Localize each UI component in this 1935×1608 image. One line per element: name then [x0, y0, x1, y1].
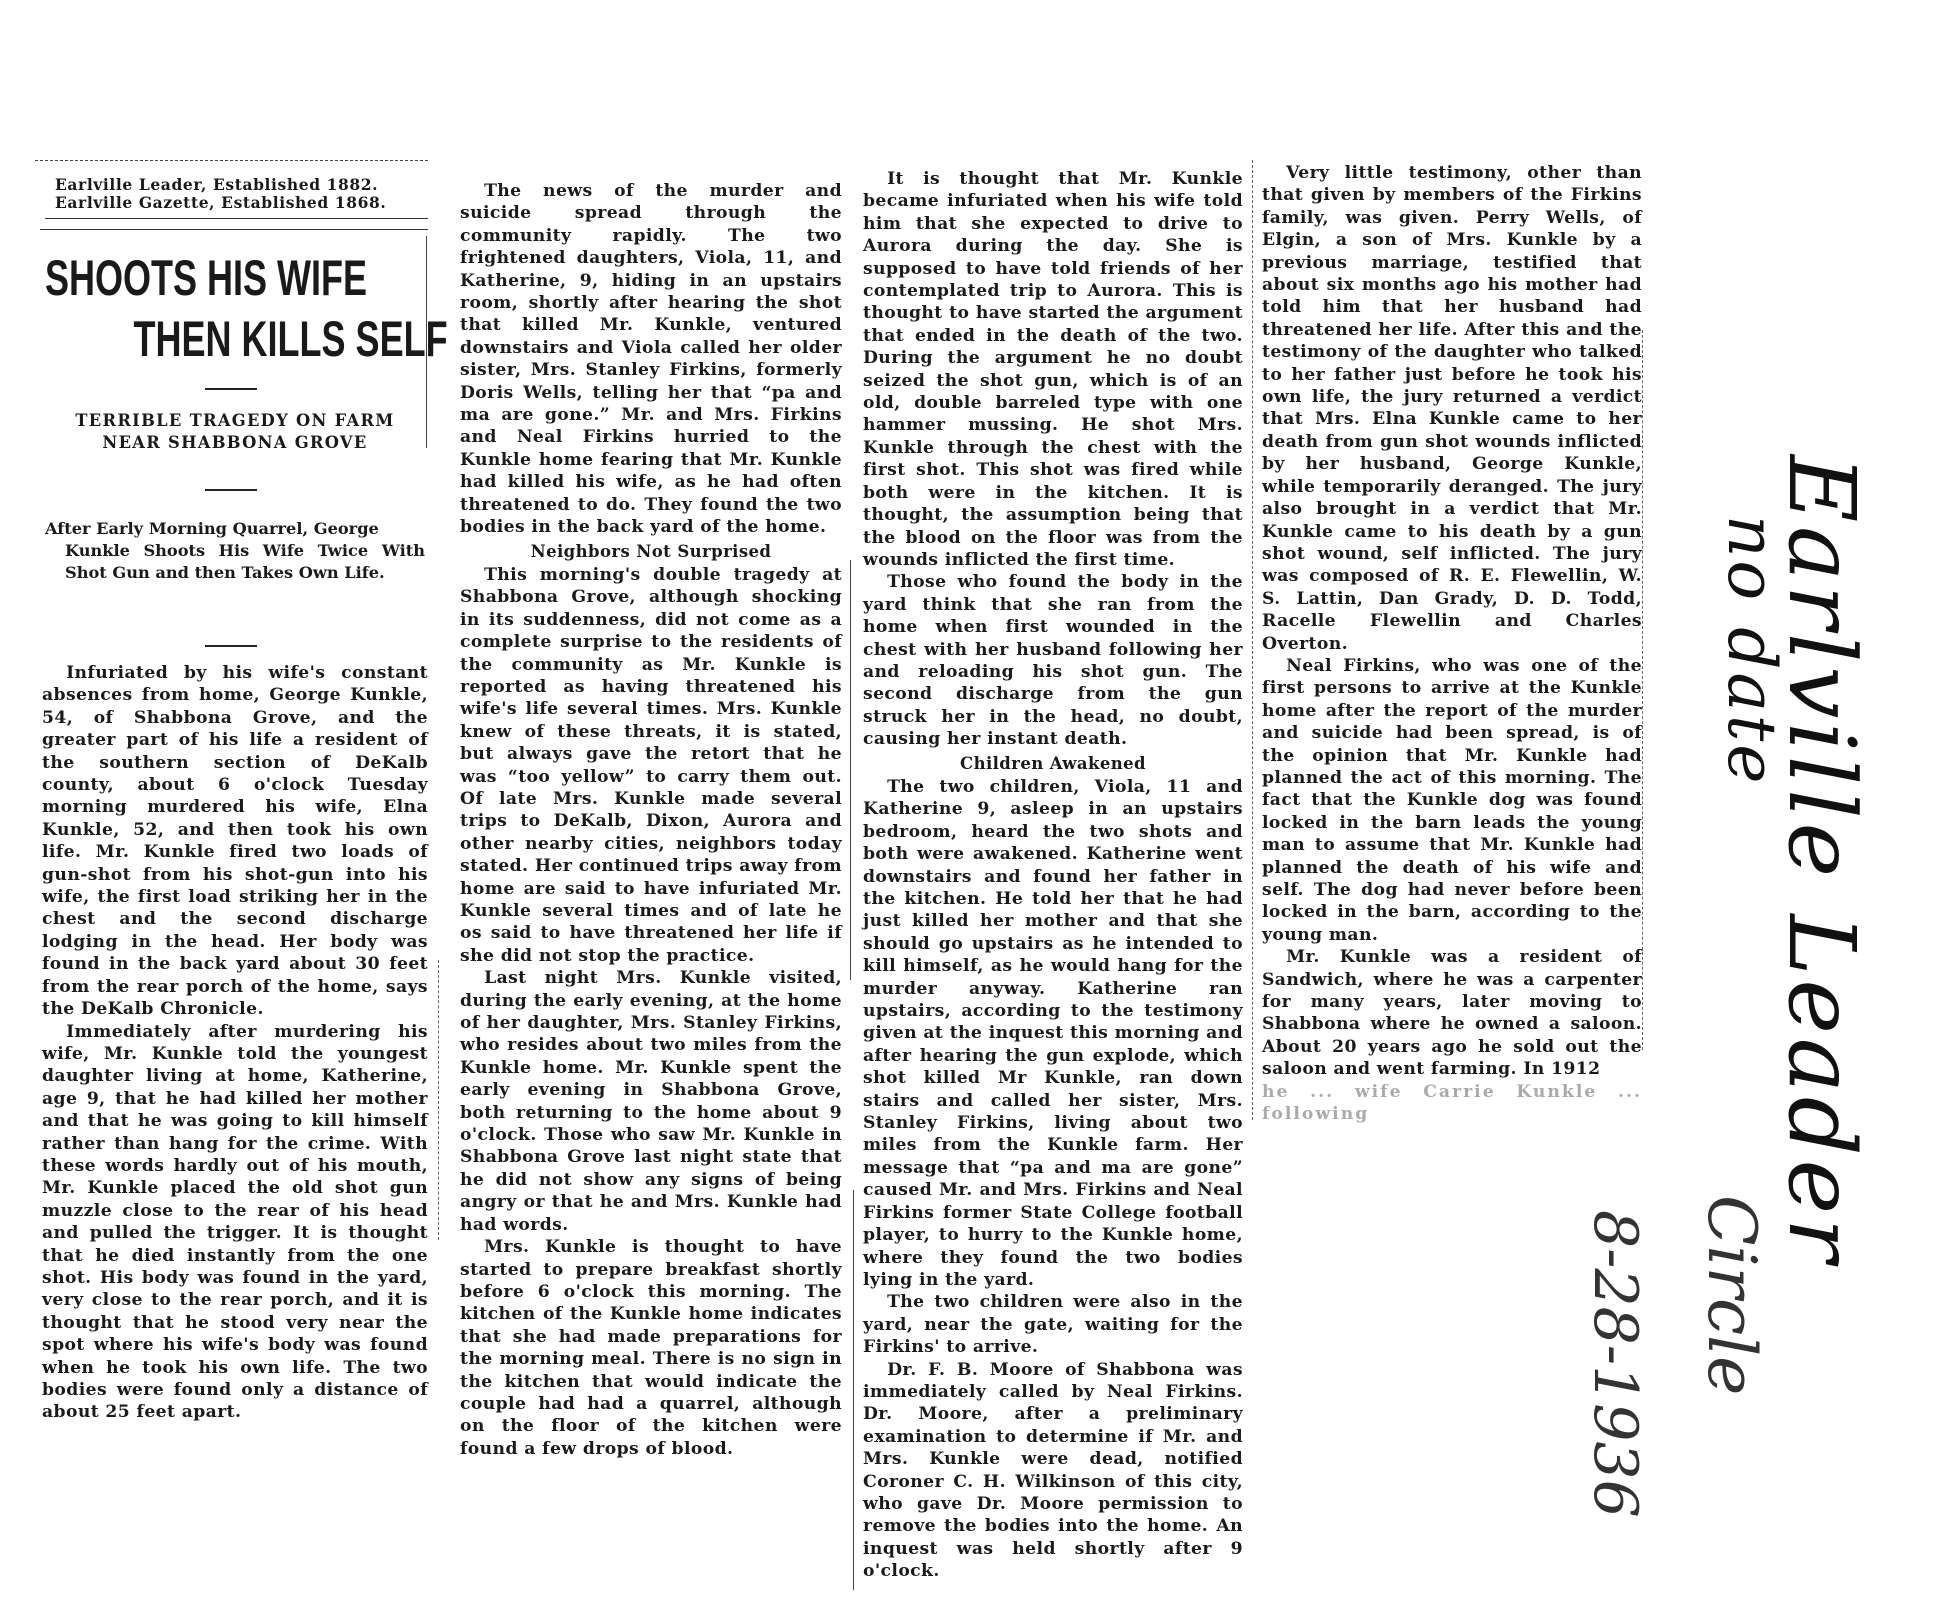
column-1: Infuriated by his wife's constant absenc… — [42, 662, 428, 1424]
paragraph: This morning's double tragedy at Shabbon… — [460, 564, 842, 967]
paragraph: Dr. F. B. Moore of Shabbona was immediat… — [863, 1359, 1243, 1583]
divider — [205, 645, 257, 647]
column-rule — [850, 560, 851, 980]
paragraph: Mrs. Kunkle is thought to have started t… — [460, 1236, 842, 1460]
masthead-line-2: Earlville Gazette, Established 1868. — [55, 194, 386, 212]
headline: SHOOTS HIS WIFE THEN KILLS SELF — [45, 248, 319, 370]
paragraph: Immediately after murdering his wife, Mr… — [42, 1021, 428, 1424]
summary-rest: Kunkle Shoots His Wife Twice With Shot G… — [45, 540, 425, 584]
faded-text: he ... wife Carrie Kunkle ... following — [1262, 1081, 1642, 1126]
headline-line-2: THEN KILLS SELF — [45, 309, 319, 370]
summary-deck: After Early Morning Quarrel, George Kunk… — [45, 518, 425, 584]
column-rule — [1252, 160, 1253, 1120]
paragraph: It is thought that Mr. Kunkle became inf… — [863, 168, 1243, 571]
masthead-top-rule — [35, 160, 428, 161]
divider — [205, 388, 257, 390]
divider — [205, 489, 257, 491]
headline-line-1: SHOOTS HIS WIFE — [45, 248, 319, 309]
deck-line-1: TERRIBLE TRAGEDY ON FARM — [45, 410, 425, 432]
paragraph: Neal Firkins, who was one of the first p… — [1262, 655, 1642, 946]
paragraph: Last night Mrs. Kunkle visited, during t… — [460, 967, 842, 1236]
column-3: It is thought that Mr. Kunkle became inf… — [863, 168, 1243, 1583]
paragraph: The two children, Viola, 11 and Katherin… — [863, 776, 1243, 1291]
masthead-rule-2 — [40, 229, 428, 230]
deck-line-2: NEAR SHABBONA GROVE — [45, 432, 425, 454]
deck: TERRIBLE TRAGEDY ON FARM NEAR SHABBONA G… — [45, 410, 425, 454]
paragraph: Very little testimony, other than that g… — [1262, 162, 1642, 655]
handwritten-note: no date — [1713, 515, 1790, 786]
paragraph: Those who found the body in the yard thi… — [863, 571, 1243, 750]
subhead-neighbors: Neighbors Not Surprised — [460, 541, 842, 563]
handwritten-date: 8-28-1936 — [1580, 1210, 1650, 1518]
masthead-rule — [45, 218, 428, 219]
column-rule — [438, 960, 439, 1240]
paragraph: Infuriated by his wife's constant absenc… — [42, 662, 428, 1021]
paragraph: The news of the murder and suicide sprea… — [460, 180, 842, 539]
summary-first-line: After Early Morning Quarrel, George — [45, 518, 425, 540]
column-rule — [1642, 330, 1643, 1050]
paragraph: The two children were also in the yard, … — [863, 1291, 1243, 1358]
handwritten-circle: Circle — [1693, 1195, 1770, 1395]
masthead-line-1: Earlville Leader, Established 1882. — [55, 176, 386, 194]
paragraph: Mr. Kunkle was a resident of Sandwich, w… — [1262, 946, 1642, 1080]
column-4: Very little testimony, other than that g… — [1262, 162, 1642, 1125]
masthead: Earlville Leader, Established 1882. Earl… — [55, 176, 386, 212]
subhead-children: Children Awakened — [863, 753, 1243, 775]
column-2: The news of the murder and suicide sprea… — [460, 180, 842, 1460]
column-rule — [853, 1190, 854, 1590]
